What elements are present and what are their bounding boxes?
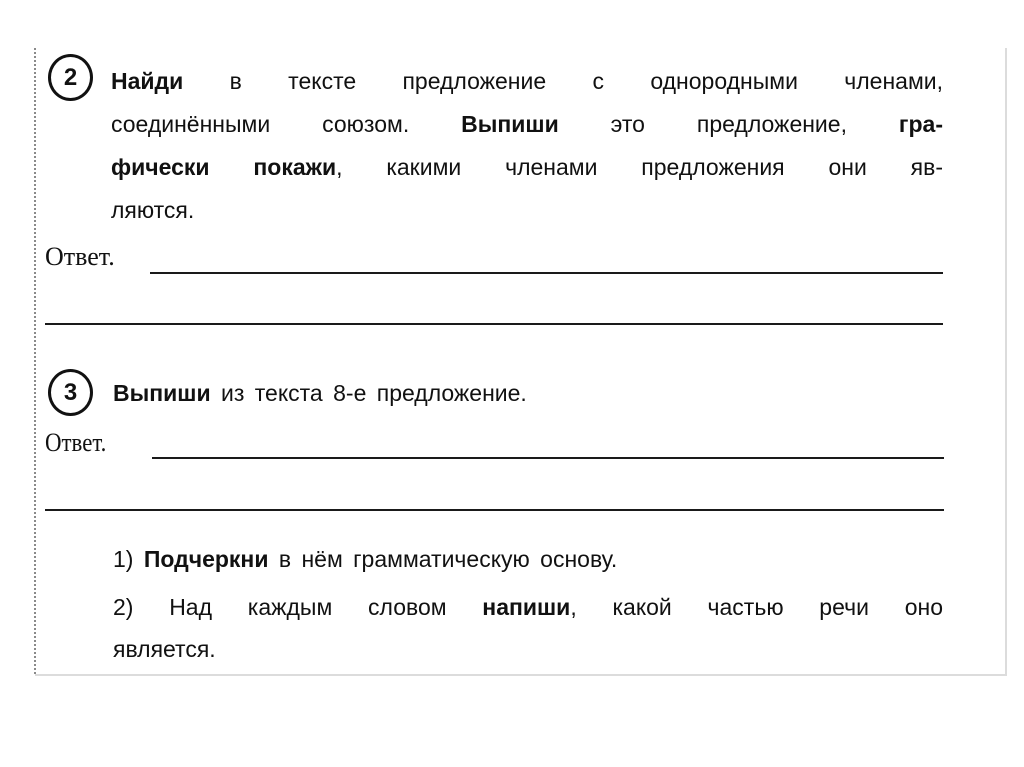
emphasized-verb: напиши (482, 594, 570, 620)
task-2-text-line-3: фически покажи, какими членами предложен… (111, 146, 943, 189)
text-run: из текста 8-е предложение. (211, 380, 527, 406)
task-3-number-badge: 3 (48, 369, 93, 416)
text-run: это предложение, (559, 111, 899, 137)
task-2-text-line-2: соединёнными союзом. Выпиши это предложе… (111, 103, 943, 146)
task-3-subtask-line-1: 1) Подчеркни в нём грамматическую основу… (113, 537, 943, 585)
task-3-number: 3 (64, 381, 77, 405)
text-run: в нём грамматическую основу. (268, 546, 617, 572)
task-2-text-line-1: Найди в тексте предложение с однородными… (111, 60, 943, 103)
task-3-subtask-line-2: 2) Над каждым словом напиши, какой часть… (113, 585, 943, 627)
text-run: , какой частью речи оно (570, 594, 943, 620)
task-2-answer-line-2[interactable] (45, 323, 943, 325)
task-3-answer-line-2[interactable] (45, 509, 944, 511)
emphasized-verb: Выпиши (113, 380, 211, 406)
emphasized-verb: гра- (899, 111, 943, 137)
task-2-answer-line-1[interactable] (150, 272, 943, 274)
task-2-instructions: Найди в тексте предложение с однородными… (111, 60, 943, 232)
text-run: ляются. (111, 197, 194, 223)
task-2-number: 2 (64, 66, 77, 90)
task-2-number-badge: 2 (48, 54, 93, 101)
text-run: в тексте предложение с однородными члена… (183, 68, 943, 94)
text-run: , какими членами предложения они яв- (336, 154, 943, 180)
task-2-answer-label: Ответ. (45, 242, 115, 272)
task-3-answer-label: Ответ. (45, 428, 106, 458)
task-3-subtask-line-3: является. (113, 627, 943, 671)
task-3-subtasks: 1) Подчеркни в нём грамматическую основу… (113, 537, 943, 671)
emphasized-verb: Найди (111, 68, 183, 94)
task-2-text-line-4: ляются. (111, 189, 943, 232)
text-run: 2) Над каждым словом (113, 594, 482, 620)
text-run: является. (113, 636, 216, 662)
emphasized-verb: Подчеркни (144, 546, 269, 572)
task-3-text-line-1: Выпиши из текста 8-е предложение. (113, 372, 813, 415)
task-3-answer-line-1[interactable] (152, 457, 944, 459)
task-3-instructions: Выпиши из текста 8-е предложение. (113, 372, 813, 415)
text-run: соединёнными союзом. (111, 111, 461, 137)
emphasized-verb: фически покажи (111, 154, 336, 180)
emphasized-verb: Выпиши (461, 111, 559, 137)
text-run: 1) (113, 546, 144, 572)
